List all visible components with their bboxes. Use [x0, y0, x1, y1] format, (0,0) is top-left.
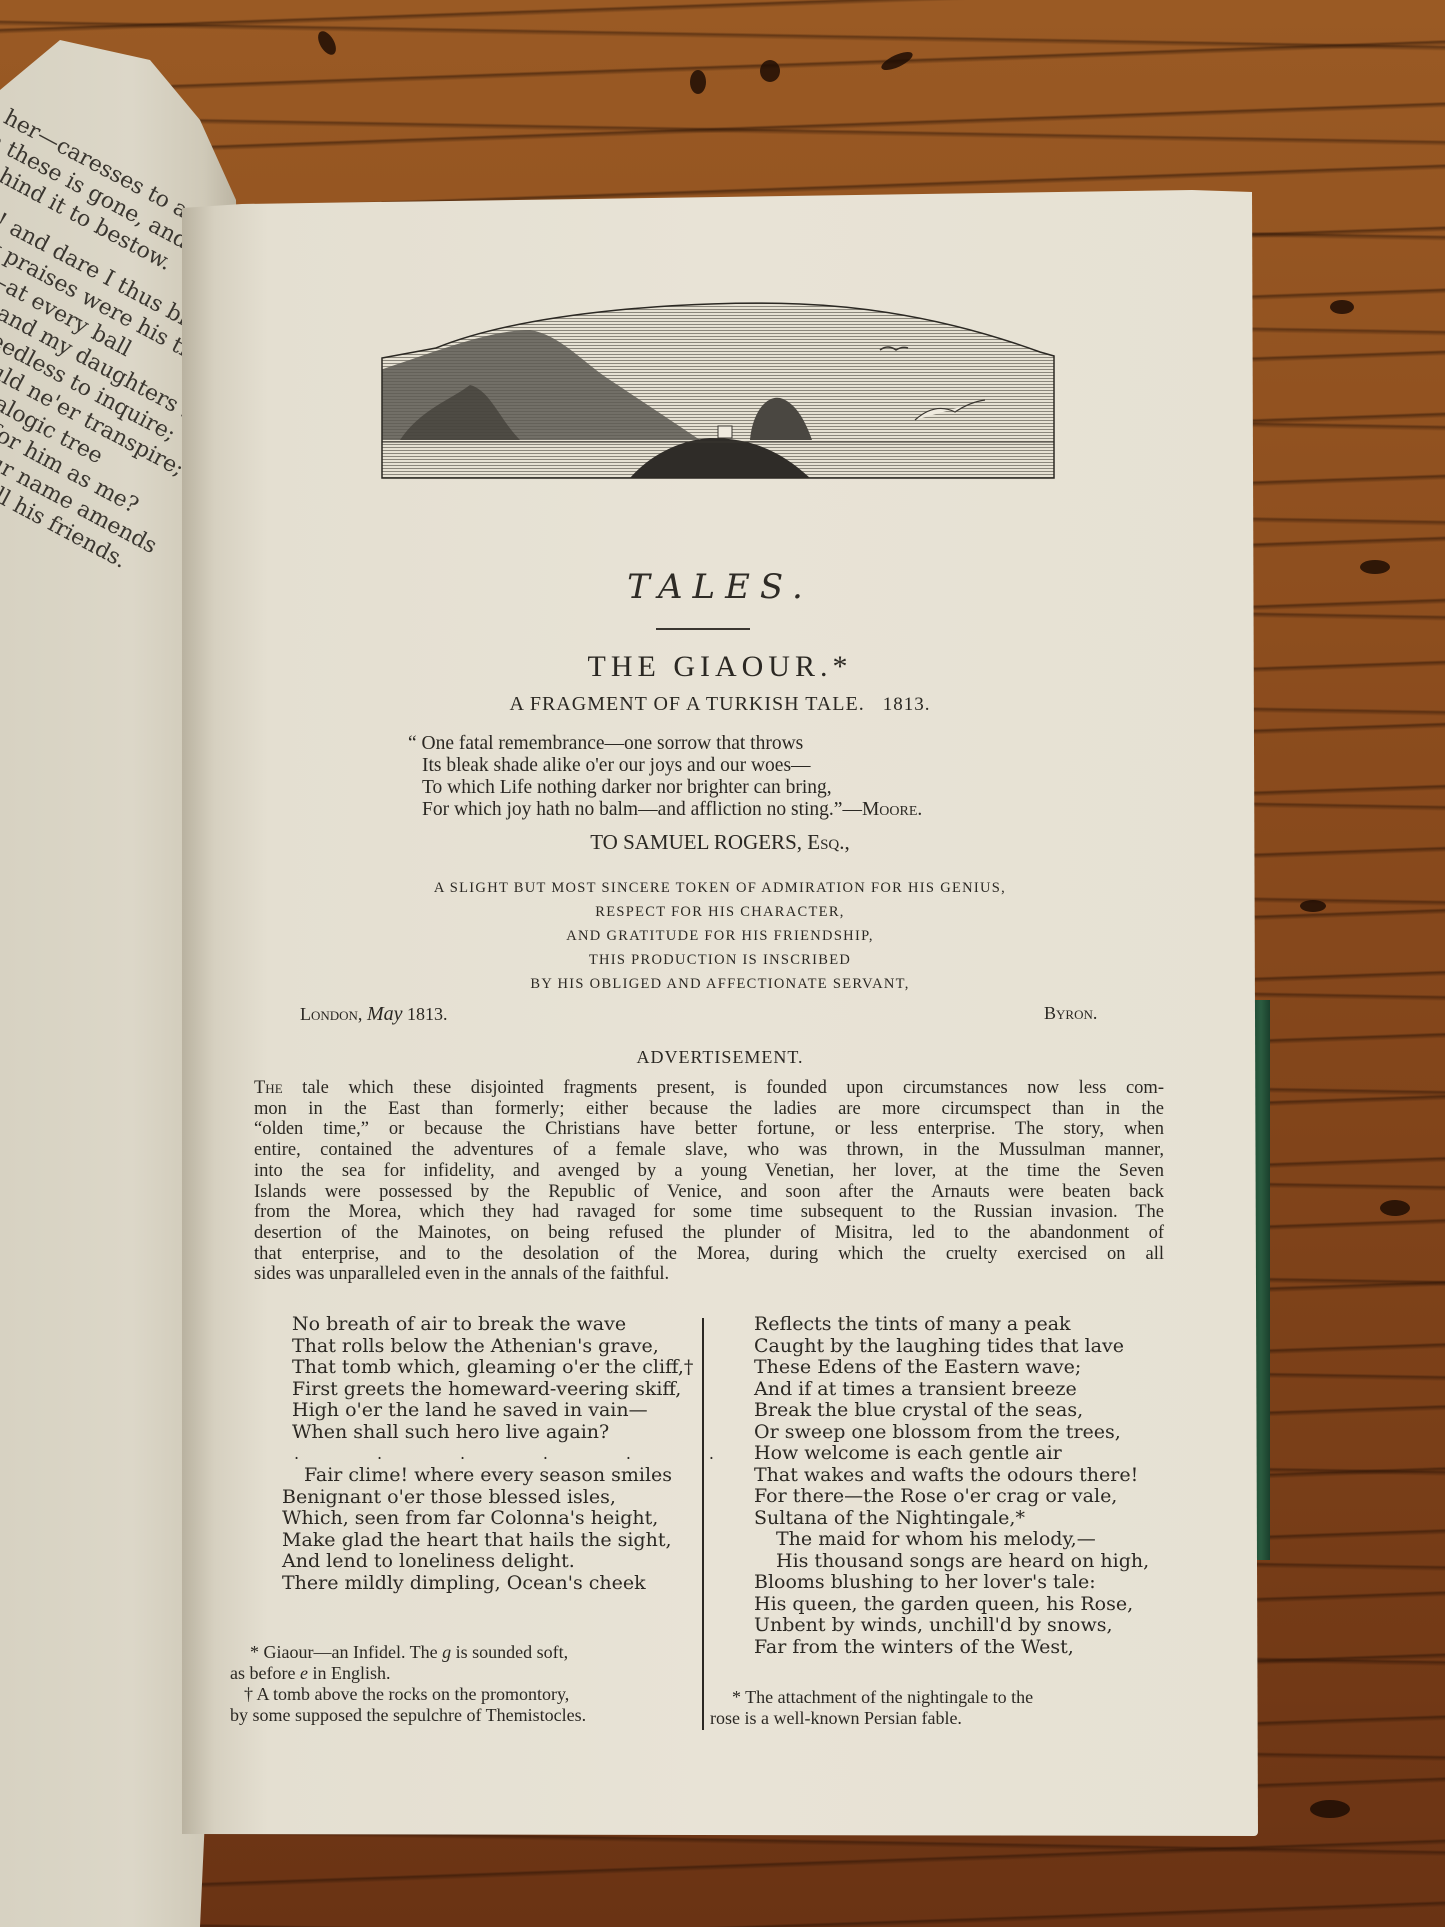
footnotes-right: * The attachment of the nightingale to t…	[710, 1687, 1180, 1729]
advert-lead-word: The	[254, 1078, 283, 1098]
advert-line: mon in the East than formerly; either be…	[254, 1099, 1164, 1120]
footnote-giaour: * Giaour—an Infidel. The g is sounded so…	[230, 1642, 690, 1663]
verse-line: Break the blue crystal of the seas,	[754, 1400, 1149, 1422]
verse-line: Unbent by winds, unchill'd by snows,	[754, 1615, 1149, 1637]
poem-column-left: No breath of air to break the wave That …	[282, 1314, 714, 1594]
verse-line: There mildly dimpling, Ocean's cheek	[282, 1573, 714, 1595]
subtitle-text: A FRAGMENT OF A TURKISH TALE.	[510, 693, 865, 715]
wood-knot	[1360, 560, 1390, 574]
dot: .	[709, 1447, 714, 1461]
dedication-heading: TO SAMUEL ROGERS, Esq.,	[182, 830, 1258, 855]
poem-column-right: Reflects the tints of many a peak Caught…	[754, 1314, 1149, 1658]
epigraph-line: Its bleak shade alike o'er our joys and …	[408, 755, 922, 777]
verse-line: Make glad the heart that hails the sight…	[282, 1530, 714, 1552]
verse-line: His thousand songs are heard on high,	[754, 1551, 1149, 1573]
epigraph-attribution: Moore.	[862, 799, 922, 820]
wood-knot	[1330, 300, 1354, 314]
advertisement-body: The tale which these disjointed fragment…	[254, 1078, 1164, 1285]
advert-line: entire, contained the adventures of a fe…	[254, 1140, 1164, 1161]
poem-title: THE GIAOUR.*	[182, 650, 1258, 684]
advert-line-text: tale which these disjointed fragments pr…	[283, 1078, 1164, 1098]
advert-line: “olden time,” or because the Christians …	[254, 1119, 1164, 1140]
verse-line: The maid for whom his melody,—	[754, 1529, 1149, 1551]
footnote-text: * Giaour—an Infidel. The	[250, 1642, 442, 1662]
verse-line: Fair clime! where every season smiles	[282, 1465, 714, 1487]
wood-knot	[1380, 1200, 1410, 1216]
verse-line: High o'er the land he saved in vain—	[282, 1400, 714, 1422]
advert-line: sides was unparalleled even in the annal…	[254, 1264, 1164, 1285]
verse-line: When shall such hero live again?	[282, 1422, 714, 1444]
advert-line: Islands were possessed by the Republic o…	[254, 1182, 1164, 1203]
wood-knot	[1300, 900, 1326, 912]
footnote-tomb-cont: by some supposed the sepulchre of Themis…	[230, 1705, 690, 1726]
verse-line: Far from the winters of the West,	[754, 1637, 1149, 1659]
dedication-year: 1813.	[402, 1004, 447, 1024]
verse-line: That wakes and wafts the odours there!	[754, 1465, 1149, 1487]
verse-line: No breath of air to break the wave	[282, 1314, 714, 1336]
title-rule	[656, 628, 750, 630]
verse-line: These Edens of the Eastern wave;	[754, 1357, 1149, 1379]
footnote-italic: g	[442, 1642, 451, 1662]
advert-line: The tale which these disjointed fragment…	[254, 1078, 1164, 1099]
epigraph-line: For which joy hath no balm—and afflictio…	[408, 799, 922, 821]
dedication-place: London,	[300, 1004, 367, 1024]
advert-line: desertion of the Mainotes, on being refu…	[254, 1223, 1164, 1244]
verse-line: Sultana of the Nightingale,*	[754, 1508, 1149, 1530]
stanza-break-dots: . . . . . .	[294, 1447, 714, 1461]
epigraph-text: For which joy hath no balm—and afflictio…	[422, 799, 862, 820]
subtitle-year: 1813.	[883, 694, 931, 715]
dedication-signature: Byron.	[1044, 1003, 1097, 1024]
seascape-engraving	[380, 290, 1056, 480]
verse-line: For there—the Rose o'er crag or vale,	[754, 1486, 1149, 1508]
verse-line: Caught by the laughing tides that lave	[754, 1336, 1149, 1358]
dot: .	[626, 1447, 631, 1461]
verse-line: Reflects the tints of many a peak	[754, 1314, 1149, 1336]
dot: .	[543, 1447, 548, 1461]
verse-line: Blooms blushing to her lover's tale:	[754, 1572, 1149, 1594]
footnote-italic: e	[300, 1663, 308, 1683]
footnotes-left: * Giaour—an Infidel. The g is sounded so…	[230, 1642, 690, 1726]
advertisement-heading: ADVERTISEMENT.	[182, 1047, 1258, 1068]
column-divider	[702, 1318, 704, 1730]
verse-line: Benignant o'er those blessed isles,	[282, 1487, 714, 1509]
verse-line: That tomb which, gleaming o'er the cliff…	[282, 1357, 714, 1379]
poem-subtitle: A FRAGMENT OF A TURKISH TALE.1813.	[182, 693, 1258, 716]
dedication-line: by his obliged and affectionate servant,	[182, 976, 1258, 993]
dedication-line: respect for his character,	[182, 904, 1258, 921]
advert-line: into the sea for infidelity, and avenged…	[254, 1161, 1164, 1182]
footnote-text: as before	[230, 1663, 300, 1683]
epigraph-line: To which Life nothing darker nor brighte…	[408, 777, 922, 799]
verse-line: His queen, the garden queen, his Rose,	[754, 1594, 1149, 1616]
footnote-nightingale: * The attachment of the nightingale to t…	[710, 1687, 1180, 1708]
wood-knot	[760, 60, 780, 82]
wood-knot	[1310, 1800, 1350, 1818]
dedication-to: TO SAMUEL ROGERS,	[590, 830, 807, 854]
verse-line: Or sweep one blossom from the trees,	[754, 1422, 1149, 1444]
advert-line: that enterprise, and to the desolation o…	[254, 1244, 1164, 1265]
verse-line: That rolls below the Athenian's grave,	[282, 1336, 714, 1358]
footnote-tomb: † A tomb above the rocks on the promonto…	[230, 1684, 690, 1705]
dedication-month: May	[367, 1003, 403, 1025]
dedication-line: this production is inscribed	[182, 952, 1258, 969]
dedication-line: and gratitude for his friendship,	[182, 928, 1258, 945]
dot: .	[294, 1447, 299, 1461]
section-title: TALES.	[182, 567, 1258, 607]
dedication-line: A slight but most sincere token of admir…	[182, 880, 1258, 897]
dot: .	[460, 1447, 465, 1461]
footnote-giaour-cont: as before e in English.	[230, 1663, 690, 1684]
footnote-text: is sounded soft,	[451, 1642, 568, 1662]
advert-line: from the Morea, which they had ravaged f…	[254, 1202, 1164, 1223]
verse-line: First greets the homeward-veering skiff,	[282, 1379, 714, 1401]
epigraph: “ One fatal remembrance—one sorrow that …	[408, 733, 922, 821]
wood-knot	[690, 70, 706, 94]
verse-line: And lend to loneliness delight.	[282, 1551, 714, 1573]
dot: .	[377, 1447, 382, 1461]
verse-line: And if at times a transient breeze	[754, 1379, 1149, 1401]
verse-line: Which, seen from far Colonna's height,	[282, 1508, 714, 1530]
epigraph-line: “ One fatal remembrance—one sorrow that …	[408, 733, 922, 755]
dedication-esq: Esq.,	[807, 830, 850, 854]
dedication-place-date: London, May 1813.	[300, 1003, 447, 1026]
verse-line: How welcome is each gentle air	[754, 1443, 1149, 1465]
footnote-nightingale-cont: rose is a well-known Persian fable.	[710, 1708, 1180, 1729]
footnote-text: in English.	[308, 1663, 391, 1683]
